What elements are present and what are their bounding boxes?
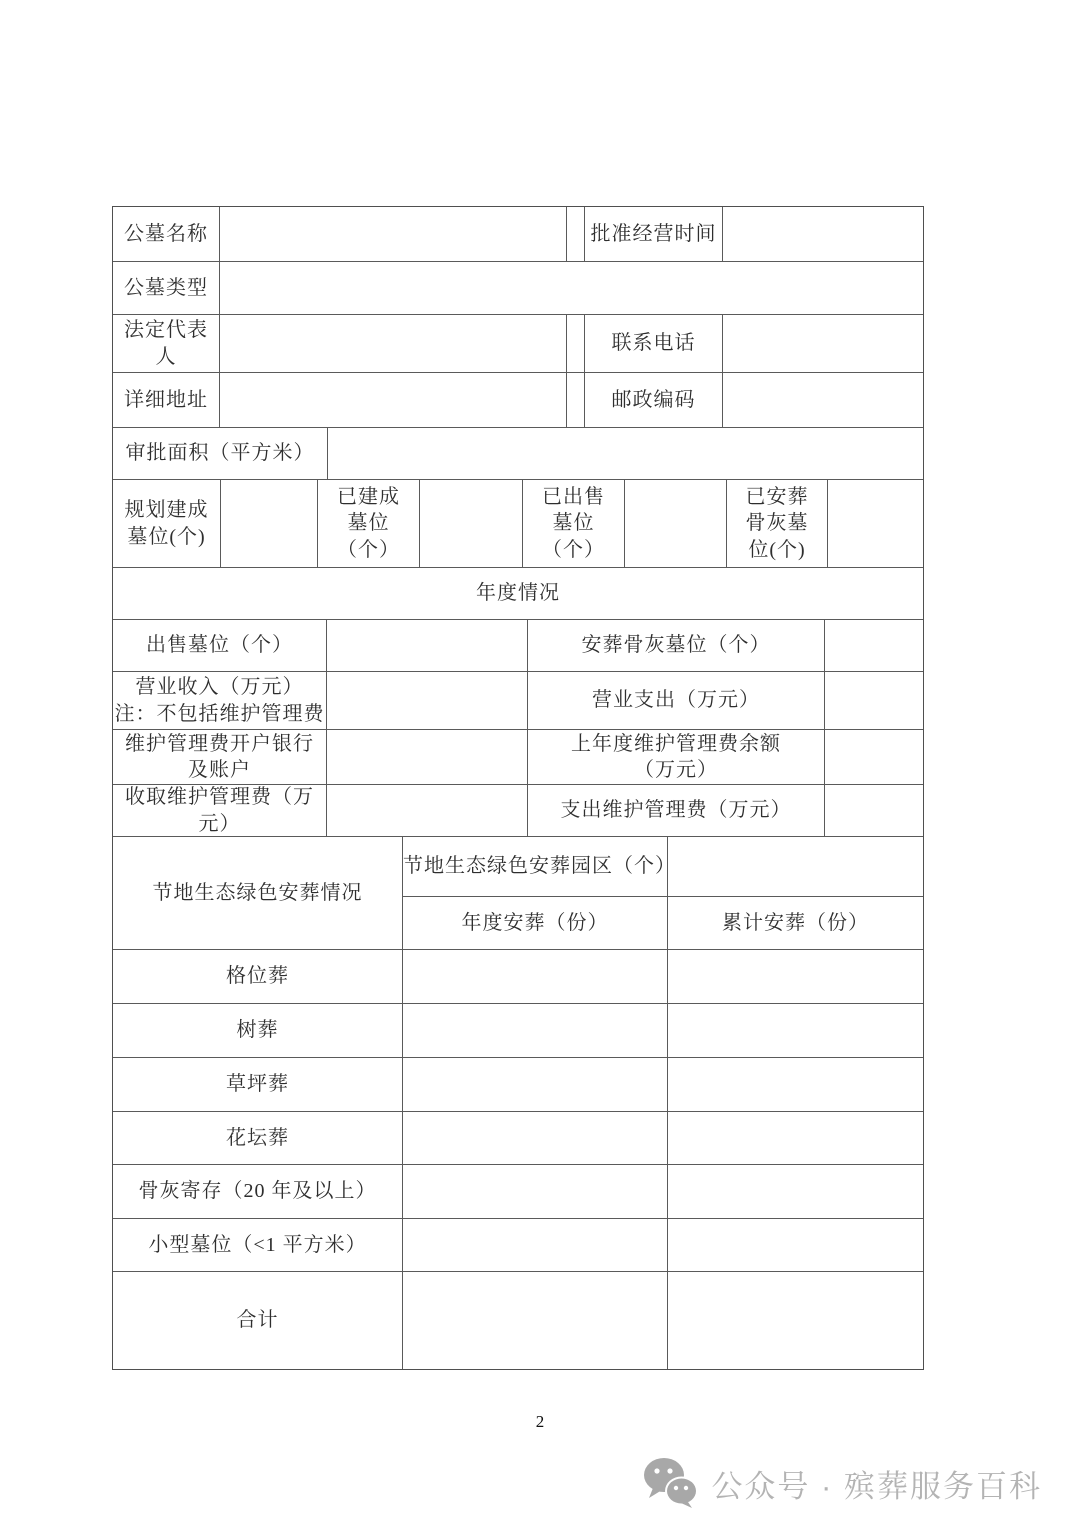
value-ashes-storage-annual [403, 1165, 668, 1219]
label-legal-rep: 法定代表 人 [113, 315, 220, 373]
spacer-cell [567, 315, 585, 373]
value-small-grave-cumulative [668, 1219, 923, 1272]
label-eco-section: 节地生态绿色安葬情况 [113, 837, 403, 950]
cemetery-form-table: 公墓名称 批准经营时间 公墓类型 法定代表 人 联系电话 详细地址 邮政编码 审… [112, 206, 924, 1370]
row-sold-graves: 出售墓位（个） 安葬骨灰墓位（个） [113, 620, 923, 672]
header-annual-burials: 年度安葬（份） [403, 897, 668, 950]
row-burial-headers: 年度安葬（份） 累计安葬（份） [403, 897, 923, 950]
label-flowerbed-burial: 花坛葬 [113, 1112, 403, 1165]
label-tree-burial: 树葬 [113, 1004, 403, 1058]
label-ashes-storage: 骨灰寄存（20 年及以上） [113, 1165, 403, 1219]
value-legal-rep [220, 315, 567, 373]
row-flowerbed-burial: 花坛葬 [113, 1112, 923, 1165]
label-small-grave: 小型墓位（<1 平方米） [113, 1219, 403, 1272]
row-small-grave: 小型墓位（<1 平方米） [113, 1219, 923, 1272]
header-cumulative-burials: 累计安葬（份） [668, 897, 923, 950]
value-ashes-storage-cumulative [668, 1165, 923, 1219]
annual-section-title: 年度情况 [113, 568, 923, 620]
wechat-icon [643, 1457, 699, 1509]
row-annual-section: 年度情况 [113, 568, 923, 620]
value-sold-graves [327, 620, 528, 672]
label-cemetery-name: 公墓名称 [113, 207, 220, 262]
label-address: 详细地址 [113, 373, 220, 428]
value-approval-time [723, 207, 923, 262]
label-last-year-balance: 上年度维护管理费余额 （万元） [528, 730, 825, 785]
value-built-graves [420, 480, 523, 568]
label-eco-parks: 节地生态绿色安葬园区（个） [403, 837, 668, 897]
value-interred-ashes-graves [825, 620, 923, 672]
label-interred-ashes-graves: 安葬骨灰墓位（个） [528, 620, 825, 672]
value-total-annual [403, 1272, 668, 1369]
spacer-cell [567, 373, 585, 428]
value-revenue [327, 672, 528, 730]
value-tree-cumulative [668, 1004, 923, 1058]
label-sold-graves-header: 已出售 墓位 （个） [523, 480, 625, 568]
row-address: 详细地址 邮政编码 [113, 373, 923, 428]
value-niche-cumulative [668, 950, 923, 1004]
label-niche-burial: 格位葬 [113, 950, 403, 1004]
row-maintenance-bank: 维护管理费开户银行 及账户 上年度维护管理费余额 （万元） [113, 730, 923, 785]
row-ashes-storage: 骨灰寄存（20 年及以上） [113, 1165, 923, 1219]
row-cemetery-type: 公墓类型 [113, 262, 923, 315]
row-revenue: 营业收入（万元） 注：不包括维护管理费 营业支出（万元） [113, 672, 923, 730]
row-eco-header: 节地生态绿色安葬情况 节地生态绿色安葬园区（个） 年度安葬（份） 累计安葬（份） [113, 837, 923, 950]
label-built-graves: 已建成 墓位 （个） [318, 480, 420, 568]
row-niche-burial: 格位葬 [113, 950, 923, 1004]
label-expense: 营业支出（万元） [528, 672, 825, 730]
row-lawn-burial: 草坪葬 [113, 1058, 923, 1112]
row-cemetery-name: 公墓名称 批准经营时间 [113, 207, 923, 262]
value-contact-phone [723, 315, 923, 373]
label-collected-fee: 收取维护管理费（万元） [113, 785, 327, 837]
spacer-cell [567, 207, 585, 262]
row-approved-area: 审批面积（平方米） [113, 428, 923, 480]
value-lawn-annual [403, 1058, 668, 1112]
label-approval-time: 批准经营时间 [585, 207, 723, 262]
value-total-cumulative [668, 1272, 923, 1369]
row-legal-rep: 法定代表 人 联系电话 [113, 315, 923, 373]
value-cemetery-name [220, 207, 567, 262]
value-lawn-cumulative [668, 1058, 923, 1112]
watermark-text: 公众号 · 殡葬服务百科 [711, 1461, 1042, 1506]
value-paid-fee [825, 785, 923, 837]
value-maintenance-bank [327, 730, 528, 785]
page-number: 2 [0, 1412, 1080, 1432]
value-approved-area [328, 428, 923, 480]
value-planned-graves [221, 480, 318, 568]
row-tree-burial: 树葬 [113, 1004, 923, 1058]
value-postal-code [723, 373, 923, 428]
label-sold-graves: 出售墓位（个） [113, 620, 327, 672]
label-cemetery-type: 公墓类型 [113, 262, 220, 315]
row-maintenance-fee: 收取维护管理费（万元） 支出维护管理费（万元） [113, 785, 923, 837]
label-planned-graves: 规划建成 墓位(个) [113, 480, 221, 568]
watermark: 公众号 · 殡葬服务百科 [643, 1452, 1042, 1514]
label-postal-code: 邮政编码 [585, 373, 723, 428]
value-cemetery-type [220, 262, 923, 315]
value-last-year-balance [825, 730, 923, 785]
label-interred-graves-header: 已安葬 骨灰墓 位(个) [727, 480, 828, 568]
label-total: 合计 [113, 1272, 403, 1369]
value-sold-graves-header [625, 480, 727, 568]
label-approved-area: 审批面积（平方米） [113, 428, 328, 480]
value-niche-annual [403, 950, 668, 1004]
value-expense [825, 672, 923, 730]
row-grave-counts: 规划建成 墓位(个) 已建成 墓位 （个） 已出售 墓位 （个） 已安葬 骨灰墓… [113, 480, 923, 568]
label-maintenance-bank: 维护管理费开户银行 及账户 [113, 730, 327, 785]
value-eco-parks [668, 837, 923, 897]
label-contact-phone: 联系电话 [585, 315, 723, 373]
value-flowerbed-cumulative [668, 1112, 923, 1165]
value-interred-graves-header [828, 480, 923, 568]
label-lawn-burial: 草坪葬 [113, 1058, 403, 1112]
row-total: 合计 [113, 1272, 923, 1369]
value-collected-fee [327, 785, 528, 837]
label-paid-fee: 支出维护管理费（万元） [528, 785, 825, 837]
value-address [220, 373, 567, 428]
row-eco-parks: 节地生态绿色安葬园区（个） [403, 837, 923, 897]
label-revenue: 营业收入（万元） 注：不包括维护管理费 [113, 672, 327, 730]
value-small-grave-annual [403, 1219, 668, 1272]
value-tree-annual [403, 1004, 668, 1058]
value-flowerbed-annual [403, 1112, 668, 1165]
